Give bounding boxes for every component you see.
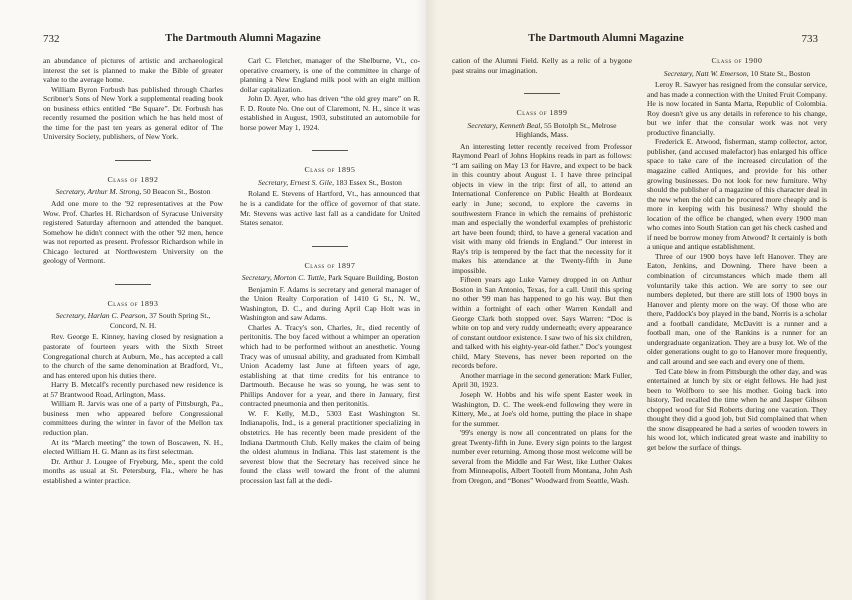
class-secretary: Secretary, Morton C. Tuttle, Park Square… <box>240 273 420 283</box>
magazine-title: The Dartmouth Alumni Magazine <box>434 33 778 44</box>
class-heading: Class of 1893 <box>43 299 223 309</box>
page-732: 732 The Dartmouth Alumni Magazine an abu… <box>0 0 426 600</box>
column: an abundance of pictures of artistic and… <box>43 56 223 485</box>
page-number: 733 <box>802 33 819 45</box>
paragraph: an abundance of pictures of artistic and… <box>43 56 223 85</box>
class-secretary: Secretary, Kenneth Beal, 55 Botolph St.,… <box>452 121 632 140</box>
paragraph: John D. Ayer, who has driven “the old gr… <box>240 94 420 132</box>
paragraph: Another marriage in the second generatio… <box>452 371 632 390</box>
left-page-columns: an abundance of pictures of artistic and… <box>43 56 420 485</box>
paragraph: Rev. George E. Kinney, having closed by … <box>43 332 223 380</box>
magazine-spread: 732 The Dartmouth Alumni Magazine an abu… <box>0 0 852 600</box>
paragraph: Joseph W. Hobbs and his wife spent Easte… <box>452 390 632 428</box>
paragraph: Three of our 1900 boys have left Hanover… <box>647 252 827 367</box>
paragraph: cation of the Alumni Field. Kelly as a r… <box>452 56 632 75</box>
section-divider <box>524 93 560 94</box>
paragraph: An interesting letter recently received … <box>452 142 632 276</box>
secretary-address: , 50 Beacon St., Boston <box>139 187 210 196</box>
secretary-address: , Park Square Building, Boston <box>324 273 418 282</box>
secretary-name: Secretary, Arthur M. Strong <box>56 187 140 196</box>
class-secretary: Secretary, Ernest S. Gile, 183 Essex St.… <box>240 178 420 188</box>
secretary-name: Secretary, Natt W. Emerson <box>664 69 747 78</box>
secretary-name: Secretary, Kenneth Beal <box>468 121 541 130</box>
paragraph: William Byron Forbush has published thro… <box>43 85 223 142</box>
class-heading: Class of 1892 <box>43 175 223 185</box>
paragraph: Add one more to the '92 representatives … <box>43 199 223 266</box>
paragraph: Frederick E. Atwood, fisherman, stamp co… <box>647 137 827 252</box>
class-heading: Class of 1899 <box>452 108 632 118</box>
class-heading: Class of 1897 <box>240 261 420 271</box>
class-secretary: Secretary, Natt W. Emerson, 10 State St.… <box>647 69 827 79</box>
paragraph: Carl C. Fletcher, manager of the Shelbur… <box>240 56 420 94</box>
secretary-address: , 183 Essex St., Boston <box>332 178 402 187</box>
class-heading: Class of 1900 <box>647 56 827 66</box>
class-heading: Class of 1895 <box>240 165 420 175</box>
right-page-columns: cation of the Alumni Field. Kelly as a r… <box>452 56 827 485</box>
column: Class of 1900Secretary, Natt W. Emerson,… <box>647 56 827 485</box>
column: Carl C. Fletcher, manager of the Shelbur… <box>240 56 420 485</box>
paragraph: Dr. Arthur J. Lougee of Fryeburg, Me., s… <box>43 457 223 486</box>
section-divider <box>312 150 348 151</box>
paragraph: W. F. Kelly, M.D., 5303 East Washington … <box>240 409 420 485</box>
section-divider <box>115 284 151 285</box>
paragraph: Harry B. Metcalf's recently purchased ne… <box>43 380 223 399</box>
paragraph: '99's energy is now all concentrated on … <box>452 428 632 485</box>
secretary-name: Secretary, Morton C. Tuttle <box>242 273 325 282</box>
paragraph: William R. Jarvis was one of a party of … <box>43 399 223 437</box>
class-secretary: Secretary, Arthur M. Strong, 50 Beacon S… <box>43 187 223 197</box>
secretary-name: Secretary, Harlan C. Pearson <box>56 311 146 320</box>
paragraph: Roland E. Stevens of Hartford, Vt., has … <box>240 189 420 227</box>
paragraph: Leroy R. Sawyer has resigned from the co… <box>647 80 827 137</box>
running-head-right: The Dartmouth Alumni Magazine 733 <box>434 33 818 47</box>
column: cation of the Alumni Field. Kelly as a r… <box>452 56 632 485</box>
magazine-title: The Dartmouth Alumni Magazine <box>73 33 413 44</box>
paragraph: At its “March meeting” the town of Bosca… <box>43 438 223 457</box>
paragraph: Charles A. Tracy's son, Charles, Jr., di… <box>240 323 420 409</box>
secretary-address: , 10 State St., Boston <box>747 69 811 78</box>
section-divider <box>312 246 348 247</box>
paragraph: Benjamin F. Adams is secretary and gener… <box>240 285 420 323</box>
secretary-name: Secretary, Ernest S. Gile <box>258 178 332 187</box>
running-head-left: 732 The Dartmouth Alumni Magazine <box>43 33 413 47</box>
class-secretary: Secretary, Harlan C. Pearson, 37 South S… <box>43 311 223 330</box>
section-divider <box>115 160 151 161</box>
paragraph: Ted Cate blew in from Pittsburgh the oth… <box>647 367 827 453</box>
paragraph: Fifteen years ago Luke Varney dropped in… <box>452 275 632 370</box>
page-number: 732 <box>43 33 60 45</box>
